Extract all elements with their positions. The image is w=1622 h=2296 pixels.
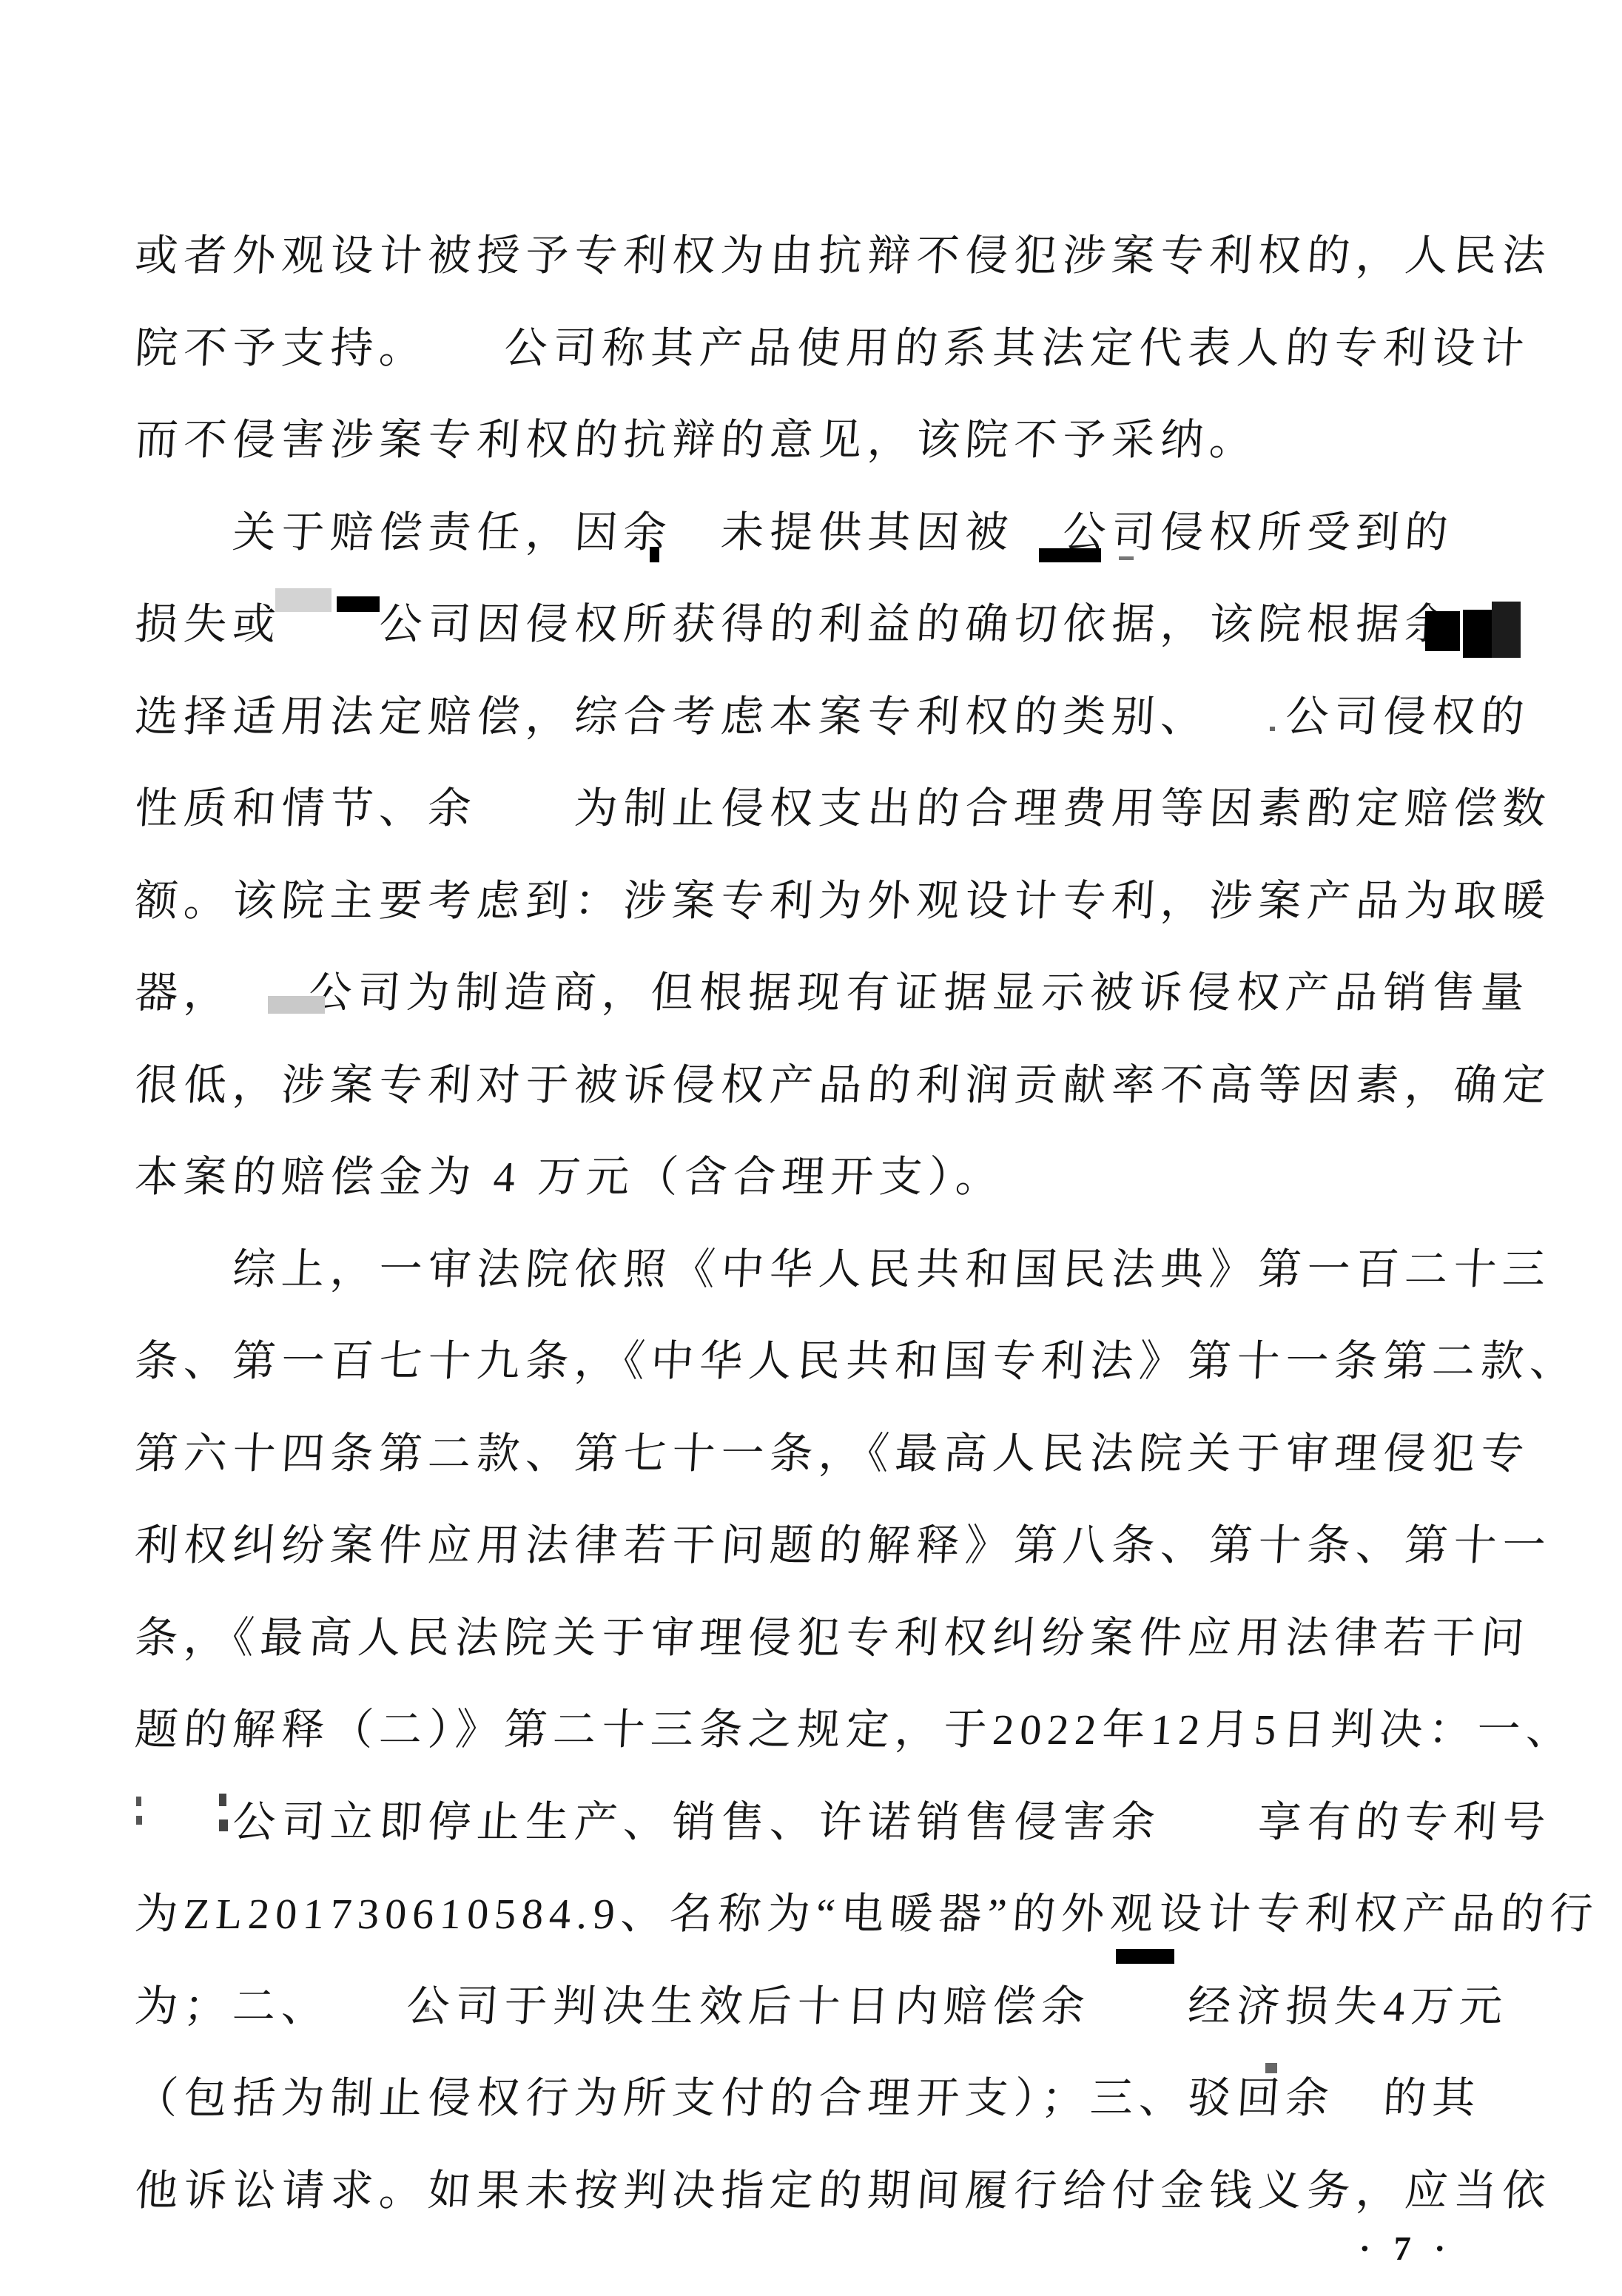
text-line: 综上，一审法院依照《中华人民共和国民法典》第一百二十三 <box>133 1247 1586 1299</box>
text-line: 器， 公司为制造商，但根据现有证据显示被诉侵权产品销售量 <box>133 970 1586 1022</box>
text-line: 条，《最高人民法院关于审理侵犯专利权纠纷案件应用法律若干问 <box>133 1615 1586 1667</box>
text-line: 或者外观设计被授予专利权为由抗辩不侵犯涉案专利权的，人民法 <box>133 233 1586 285</box>
text-line: 条、第一百七十九条，《中华人民共和国专利法》第十一条第二款、 <box>133 1339 1586 1390</box>
remnant-colon1b-line18 <box>136 1816 142 1825</box>
redaction-gray-line9 <box>268 996 325 1014</box>
redaction-dash-line4 <box>1119 556 1134 560</box>
page-number: · 7 · <box>1339 2229 1473 2268</box>
remnant-colon2-line18 <box>219 1794 226 1806</box>
text-line: 而不侵害涉案专利权的抗辩的意见，该院不予采纳。 <box>133 417 1586 469</box>
remnant-speck-line6 <box>1270 727 1275 731</box>
text-line: 关于赔偿责任，因余 未提供其因被 公司侵权所受到的 <box>133 510 1586 562</box>
redaction-black-line5 <box>337 596 380 612</box>
remnant-speck-line20 <box>425 2007 429 2012</box>
redaction-block3-line5-end <box>1492 602 1521 658</box>
text-line: 为；二、 公司于判决生效后十日内赔偿余 经济损失4万元 <box>133 1984 1586 2036</box>
text-line: 选择适用法定赔偿，综合考虑本案专利权的类别、 公司侵权的 <box>133 694 1586 746</box>
remnant-colon2b-line18 <box>219 1819 228 1831</box>
redaction-bar-line4 <box>1039 548 1101 562</box>
redaction-block2-line5-end <box>1463 610 1493 658</box>
text-line: 额。该院主要考虑到：涉案专利为外观设计专利，涉案产品为取暖 <box>133 878 1586 930</box>
text-line: 很低，涉案专利对于被诉侵权产品的利润贡献率不高等因素，确定 <box>133 1063 1586 1114</box>
text-line: 利权纠纷案件应用法律若干问题的解释》第八条、第十条、第十一 <box>133 1523 1586 1575</box>
redaction-small-bar-line4 <box>650 547 659 562</box>
text-line: 性质和情节、余 为制止侵权支出的合理费用等因素酌定赔偿数 <box>133 786 1586 838</box>
redaction-block1-line5-end <box>1425 611 1460 651</box>
text-line: 题的解释（二）》第二十三条之规定，于2022年12月5日判决：一、 <box>133 1707 1586 1759</box>
document-page: 或者外观设计被授予专利权为由抗辩不侵犯涉案专利权的，人民法院不予支持。 公司称其… <box>0 0 1622 2296</box>
text-line: 他诉讼请求。如果未按判决指定的期间履行给付金钱义务，应当依 <box>133 2168 1586 2220</box>
redaction-box-line20 <box>1116 1949 1174 1964</box>
redaction-gray-line5 <box>275 588 332 612</box>
text-line: 院不予支持。 公司称其产品使用的系其法定代表人的专利设计 <box>133 326 1586 377</box>
text-line: 公司立即停止生产、销售、许诺销售侵害余 享有的专利号 <box>133 1800 1586 1851</box>
text-line: 第六十四条第二款、第七十一条，《最高人民法院关于审理侵犯专 <box>133 1431 1586 1483</box>
remnant-colon1-line18 <box>136 1797 141 1806</box>
text-line: （包括为制止侵权行为所支付的合理开支）；三、驳回余 的其 <box>133 2076 1586 2127</box>
text-line: 本案的赔偿金为 4 万元（含合理开支）。 <box>133 1154 1586 1206</box>
text-line: 为ZL201730610584.9、名称为“电暖器”的外观设计专利权产品的行 <box>133 1891 1586 1943</box>
remnant-mark-line21 <box>1265 2063 1277 2073</box>
